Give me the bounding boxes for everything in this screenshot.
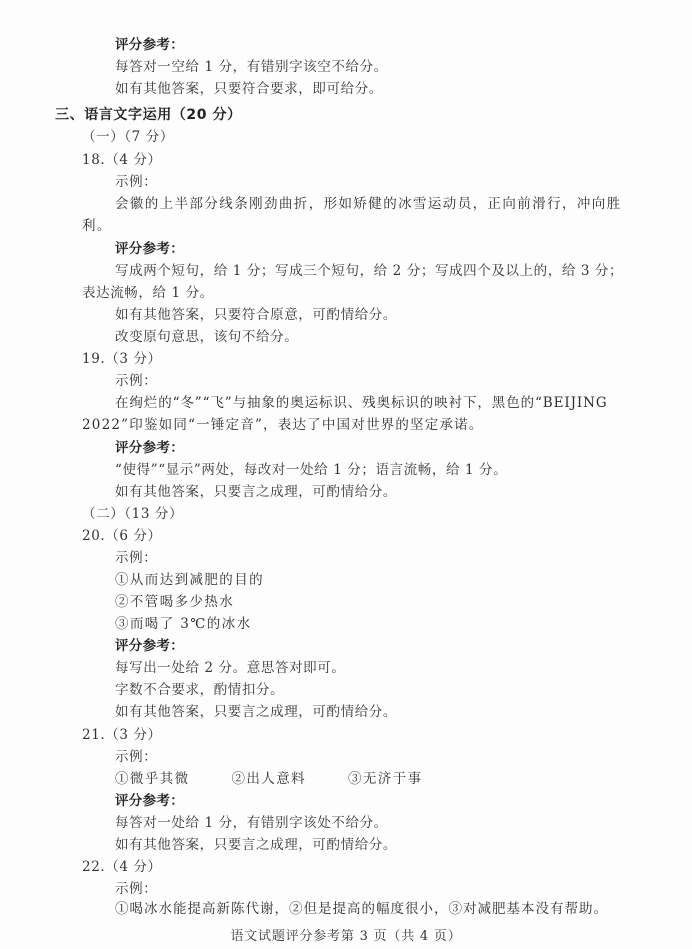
scoring-label: 评分参考： [115, 439, 184, 457]
question-number: 18.（4 分） [82, 151, 162, 169]
question-number: 21.（3 分） [82, 726, 162, 744]
example-item: ③无济于事 [348, 771, 423, 787]
question-number: 19.（3 分） [82, 350, 162, 368]
example-line: 在绚烂的“冬”“飞”与抽象的奥运标识、残奥标识的映衬下，黑色的“BEIJING [115, 394, 608, 412]
scoring-label: 评分参考： [115, 240, 184, 258]
example-label: 示例： [115, 173, 157, 191]
section-heading: 三、语言文字运用（20 分） [55, 106, 242, 124]
scoring-line: 如有其他答案，只要言之成理，可酌情给分。 [115, 483, 397, 501]
scoring-line: 如有其他答案，只要符合原意，可酌情给分。 [115, 306, 397, 324]
scoring-line: 表达流畅，给 1 分。 [82, 284, 214, 302]
scoring-line: 如有其他答案，只要言之成理，可酌情给分。 [115, 836, 397, 854]
example-line: 会徽的上半部分线条刚劲曲折，形如矫健的冰雪运动员，正向前滑行，冲向胜 [115, 195, 622, 213]
scoring-line: 如有其他答案，只要言之成理，可酌情给分。 [115, 703, 397, 721]
scoring-line: 每答对一空给 1 分，有错别字该空不给分。 [115, 58, 388, 76]
question-number: 20.（6 分） [82, 527, 162, 545]
example-line: 利。 [82, 217, 112, 235]
page-footer: 语文试题评分参考第 3 页（共 4 页） [0, 925, 692, 944]
example-line: ①喝冰水能提高新陈代谢，②但是提高的幅度很小，③对减肥基本没有帮助。 [115, 900, 608, 918]
example-label: 示例： [115, 372, 157, 390]
scoring-line: 字数不合要求，酌情扣分。 [115, 681, 284, 699]
scoring-label: 评分参考： [115, 637, 184, 655]
example-label: 示例： [115, 549, 157, 567]
example-line: ②不管喝多少热水 [115, 593, 234, 611]
example-line: 2022”印鉴如同“一锤定音”，表达了中国对世界的坚定承诺。 [82, 416, 484, 434]
question-number: 22.（4 分） [82, 858, 162, 876]
example-item: ①微乎其微 [115, 771, 190, 787]
part-heading: （二）（13 分） [82, 505, 183, 523]
scoring-line: 每写出一处给 2 分。意思答对即可。 [115, 659, 345, 677]
scoring-line: 改变原句意思，该句不给分。 [115, 328, 298, 346]
example-label: 示例： [115, 880, 157, 898]
example-items-row: ①微乎其微②出人意料③无济于事 [115, 770, 423, 788]
document-page: 评分参考： 每答对一空给 1 分，有错别字该空不给分。 如有其他答案，只要符合要… [0, 0, 692, 949]
part-heading: （一）（7 分） [82, 128, 174, 146]
scoring-line: 如有其他答案，只要符合要求，即可给分。 [115, 80, 383, 98]
scoring-line: 每答对一处给 1 分，有错别字该处不给分。 [115, 814, 388, 832]
example-item: ②出人意料 [232, 771, 307, 787]
example-line: ③而喝了 3℃的冰水 [115, 615, 251, 633]
scoring-label: 评分参考： [115, 36, 184, 54]
scoring-label: 评分参考： [115, 792, 184, 810]
scoring-line: “使得”“显示”两处，每改对一处给 1 分；语言流畅，给 1 分。 [115, 461, 507, 479]
example-label: 示例： [115, 748, 157, 766]
scoring-line: 写成两个短句，给 1 分；写成三个短句，给 2 分；写成四个及以上的，给 3 分… [115, 262, 623, 280]
example-line: ①从而达到减肥的目的 [115, 571, 264, 589]
